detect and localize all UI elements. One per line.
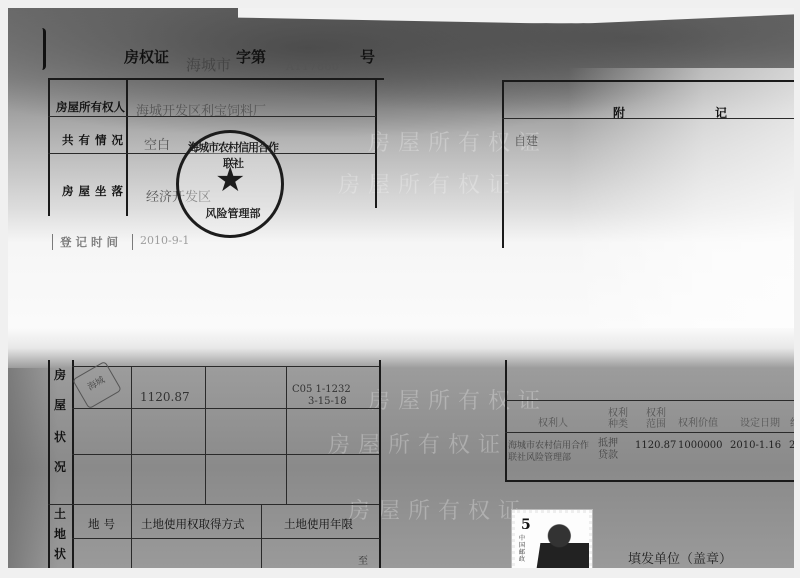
table-border-top [48, 78, 384, 80]
watermark: 房屋所有权证 [338, 168, 518, 199]
house-label-char: 况 [53, 452, 67, 482]
registration-date-value: 2010-9-1 [140, 234, 189, 247]
scan-light-area [568, 68, 794, 328]
stamp-denomination: 5 [521, 517, 531, 533]
rights-date: 2010-1.16 [730, 440, 781, 451]
location-label: 房屋坐落 [62, 183, 128, 199]
number-label: 号 [360, 46, 375, 67]
official-seal: 海城市农村信用合作联社 ★ 风险管理部 [176, 130, 284, 238]
rights-term: 2 [789, 440, 794, 451]
rights-header-type: 权利种类 [608, 408, 630, 430]
paper-edge [238, 8, 794, 24]
stamp-country: 中国邮政 [519, 535, 527, 563]
rights-header-scope: 权利范围 [646, 408, 668, 430]
table-border-left [48, 78, 50, 216]
rights-border-bottom [505, 480, 794, 482]
rights-header-holder: 权利人 [538, 414, 568, 429]
binding-mark [38, 28, 46, 70]
house-row-line [72, 366, 380, 367]
certificate-title: 房权证 [124, 46, 169, 67]
rights-header-term: 约 [790, 414, 794, 429]
issuer-label: 填发单位（盖章） [628, 548, 732, 567]
co-ownership-label: 共有情况 [62, 132, 128, 148]
postage-stamp: 5 中国邮政 [512, 510, 592, 568]
land-term-header: 土地使用年限 [284, 516, 353, 532]
land-acquisition-header: 土地使用权取得方式 [141, 516, 245, 532]
building-area: 1120.87 [140, 390, 190, 404]
certificate-number: A117860 [286, 60, 339, 73]
house-row-line [72, 454, 380, 455]
land-label-char: 地 [53, 524, 67, 544]
small-stamp: 海城 [72, 361, 122, 409]
house-label-divider [72, 360, 74, 568]
house-row-line [72, 408, 380, 409]
rights-value: 1000000 [678, 440, 723, 451]
rights-type: 抵押贷款 [598, 438, 622, 462]
co-ownership-value: 空白 [144, 134, 170, 153]
stamp-figure-icon [535, 519, 589, 568]
land-term-separator: 至 [358, 552, 368, 567]
word-label: 字第 [236, 46, 266, 67]
house-border-right [379, 360, 381, 568]
house-label-char: 屋 [53, 390, 67, 420]
house-label-char: 状 [53, 422, 67, 452]
rights-header-bottom [505, 432, 794, 433]
house-col-line [205, 366, 206, 504]
land-label-char: 土 [53, 504, 67, 524]
land-col-line [261, 504, 262, 568]
table-border-right [375, 78, 377, 208]
star-icon: ★ [215, 163, 245, 197]
watermark: 房屋所有权证 [348, 494, 528, 525]
annotation-title-left: 附 [613, 104, 625, 121]
document-scan: 房屋所有权证 房屋所有权证 房屋所有权证 房屋所有权证 房屋所有权证 房权证 海… [8, 8, 794, 568]
scan-shadow [8, 368, 58, 568]
annotation-border-top [502, 80, 794, 82]
rights-header-value: 权利价值 [678, 414, 718, 429]
annotation-title-right: 记 [715, 104, 727, 121]
city-field: 海城市 [186, 54, 231, 75]
owner-value: 海城开发区利宝饲料厂 [136, 100, 266, 119]
annotation-note: 自建 [514, 132, 538, 149]
plan-code-line2: 3-15-18 [308, 396, 347, 407]
faded-border [52, 234, 53, 250]
seal-text-bottom: 风险管理部 [189, 205, 277, 221]
rights-header-top [505, 400, 794, 401]
land-number-header: 地号 [88, 516, 119, 532]
rights-holder-line2: 联社风险管理部 [508, 450, 571, 463]
land-row-line [72, 538, 380, 539]
plan-code-line1: C05 1-1232 [292, 384, 351, 395]
annotation-title-divider [502, 118, 794, 119]
house-label-char: 房 [53, 360, 67, 390]
land-label-char: 状 [53, 544, 67, 564]
annotation-border-left [502, 80, 504, 248]
rights-header-date: 设定日期 [740, 414, 780, 429]
land-section-divider [48, 504, 380, 505]
rights-border-left [505, 360, 507, 482]
owner-label: 房屋所有权人 [56, 99, 125, 115]
registration-date-label: 登记时间 [60, 234, 122, 250]
house-border-left [48, 360, 50, 568]
rights-scope: 1120.87 [635, 440, 676, 451]
faded-border [132, 234, 133, 250]
house-col-line [286, 366, 287, 504]
